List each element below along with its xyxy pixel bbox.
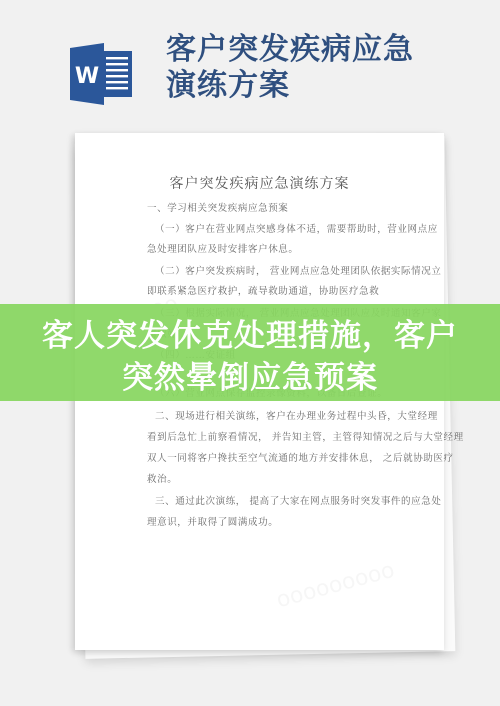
doc-heading-2: 二、现场进行相关演练，客户在办理业务过程中头昏，大堂经理 xyxy=(155,408,395,422)
header-title-line2: 演练方案 xyxy=(166,68,466,104)
doc-paragraph: 双人一同将客户搀扶至空气流通的地方并安排休息， 之后就协助医疗 xyxy=(147,450,387,464)
doc-paragraph: 救治。 xyxy=(147,471,387,485)
header-title-line1: 客户突发疾病应急 xyxy=(166,32,466,68)
headline-banner: 客人突发休克处理措施，客户 突然晕倒应急预案 xyxy=(0,304,500,401)
doc-paragraph: 看到后急忙上前察看情况， 并告知主管，主管得知情况之后与大堂经理 xyxy=(147,429,387,443)
svg-text:W: W xyxy=(75,64,99,89)
header: W 客户突发疾病应急 演练方案 xyxy=(0,0,500,130)
word-document-icon: W xyxy=(68,43,134,105)
header-title: 客户突发疾病应急 演练方案 xyxy=(166,32,466,104)
doc-paragraph: （二）客户突发疾病时， 营业网点应急处理团队依据实际情况立 xyxy=(155,263,395,277)
doc-paragraph: 急处理团队应及时安排客户休息。 xyxy=(147,241,387,255)
doc-paragraph: 理意识，并取得了圆满成功。 xyxy=(147,514,387,528)
headline-line1: 客人突发休克处理措施，客户 xyxy=(0,315,500,357)
headline-text: 客人突发休克处理措施，客户 突然晕倒应急预案 xyxy=(0,315,500,399)
headline-line2: 突然晕倒应急预案 xyxy=(0,357,500,399)
document-title: 客户突发疾病应急演练方案 xyxy=(75,173,444,193)
doc-paragraph: （一）客户在营业网点突感身体不适，需要帮助时，营业网点应 xyxy=(155,221,395,235)
doc-heading-1: 一、学习相关突发疾病应急预案 xyxy=(147,200,387,214)
doc-heading-3: 三、通过此次演练， 提高了大家在网点服务时突发事件的应急处 xyxy=(155,493,395,507)
watermark: ooooooooo xyxy=(274,558,397,614)
doc-paragraph: 即联系紧急医疗救护，疏导救助通道，协助医疗急救 xyxy=(147,283,387,297)
